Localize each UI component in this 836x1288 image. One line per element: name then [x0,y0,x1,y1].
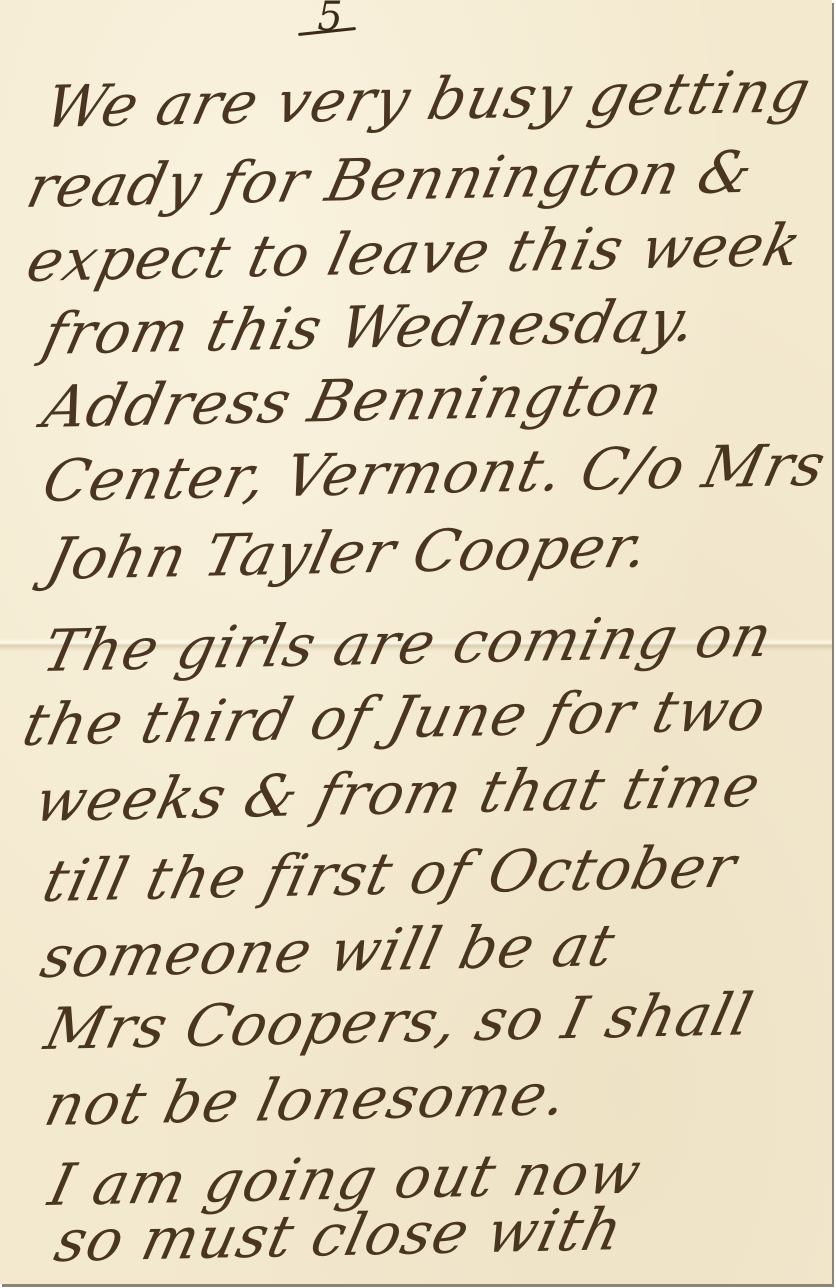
letter-line: expect to leave this week [22,216,807,290]
letter-line: Center, Vermont. C/o Mrs [38,436,831,510]
letter-line: not be lonesome. [40,1065,573,1134]
letter-line: The girls are coming on [38,607,778,680]
letter-page: 5 We are very busy getting ready for Ben… [0,0,832,1284]
letter-line: the third of June for two [18,681,772,754]
letter-line: from this Wednesday. [38,291,702,363]
letter-line: Mrs Coopers, so I shall [40,985,758,1058]
letter-line: John Tayler Cooper. [42,518,655,588]
letter-line: ready for Bennington & [22,143,759,216]
letter-line: We are very busy getting [40,62,816,136]
letter-line: someone will be at [36,916,621,986]
letter-line: till the first of October [38,838,742,910]
letter-line: weeks & from that time [30,757,766,830]
letter-line: Address Bennington [38,365,669,436]
letter-line: so must close with [50,1200,628,1270]
